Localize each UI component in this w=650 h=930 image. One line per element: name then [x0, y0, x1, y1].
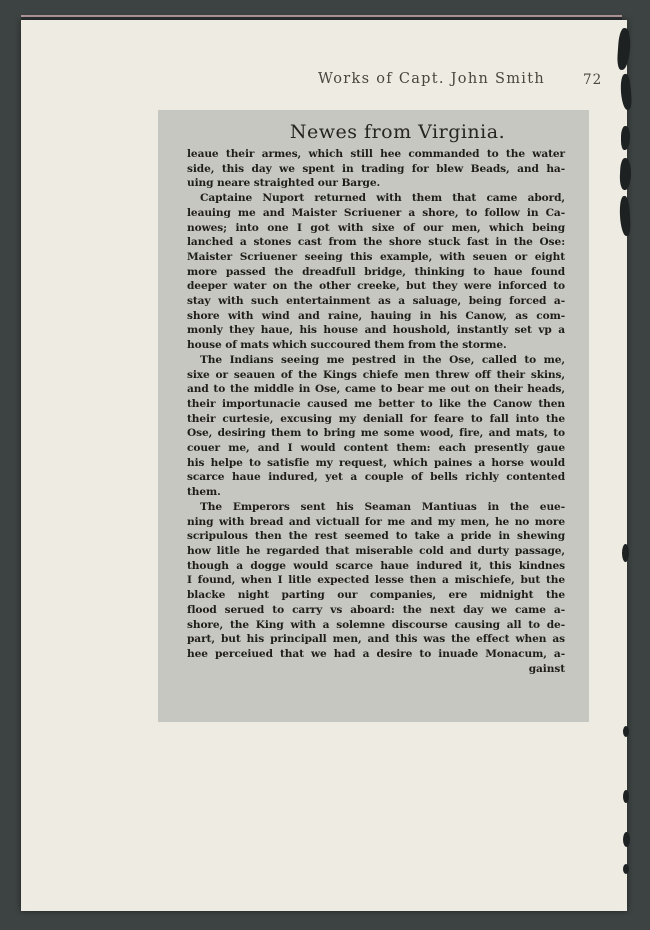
- fore-edge-ink-blot: [623, 790, 629, 803]
- facsimile-line: ning with bread and victuall for me and …: [187, 515, 565, 530]
- facsimile-text-block: leaue their armes, which still hee comma…: [158, 147, 589, 676]
- fore-edge-ink-blot: [623, 726, 629, 737]
- facsimile-line: their importunacie caused me better to l…: [187, 397, 565, 412]
- facsimile-line: his helpe to satisfie my request, which …: [187, 456, 565, 471]
- fore-edge-ink-blot: [619, 158, 632, 191]
- facsimile-title: Newes from Virginia.: [206, 121, 589, 143]
- fore-edge-ink-blot: [623, 864, 629, 874]
- facsimile-panel: Newes from Virginia. leaue their armes, …: [158, 110, 589, 722]
- facsimile-line: I found, when I litle expected lesse the…: [187, 573, 565, 588]
- facsimile-line: how litle he regarded that miserable col…: [187, 544, 565, 559]
- facsimile-line: leauing me and Maister Scriuener a shore…: [187, 206, 565, 221]
- book-scan-viewport: { "header": { "title": "Works of Capt. J…: [0, 0, 650, 930]
- facsimile-line: scarce haue indured, yet a couple of bel…: [187, 470, 565, 485]
- facsimile-line: their curtesie, excusing my deniall for …: [187, 412, 565, 427]
- running-head-title: Works of Capt. John Smith: [318, 71, 545, 87]
- page-number: 72: [583, 72, 602, 88]
- fore-edge-ink-blot: [621, 126, 630, 150]
- fore-edge-ink-blot: [622, 544, 629, 562]
- book-page: Works of Capt. John Smith 72 Newes from …: [21, 20, 627, 911]
- facsimile-line: shore with wind and raine, hauing in his…: [187, 309, 565, 324]
- facsimile-line: them.: [187, 485, 565, 500]
- facsimile-line: monly they haue, his house and houshold,…: [187, 323, 565, 338]
- catchword: gainst: [187, 662, 565, 677]
- facsimile-line: though a dogge would scarce haue indured…: [187, 559, 565, 574]
- facsimile-line: stay with such entertainment as a saluag…: [187, 294, 565, 309]
- facsimile-line: The Indians seeing me pestred in the Ose…: [187, 353, 565, 368]
- facsimile-line: leaue their armes, which still hee comma…: [187, 147, 565, 162]
- facsimile-line: side, this day we spent in trading for b…: [187, 162, 565, 177]
- facsimile-line: more passed the dreadfull bridge, thinki…: [187, 265, 565, 280]
- fore-edge-ink-blot: [617, 28, 632, 71]
- facsimile-line: lanched a stones cast from the shore stu…: [187, 235, 565, 250]
- fore-edge-ink-blot: [619, 74, 632, 111]
- facsimile-line: uing neare straighted our Barge.: [187, 176, 565, 191]
- facsimile-line: and to the middle in Ose, came to bear m…: [187, 382, 565, 397]
- facsimile-line: hee perceiued that we had a desire to in…: [187, 647, 565, 662]
- facsimile-line: Captaine Nuport returned with them that …: [187, 191, 565, 206]
- facsimile-line: flood serued to carry vs aboard: the nex…: [187, 603, 565, 618]
- facsimile-line: Maister Scriuener seeing this example, w…: [187, 250, 565, 265]
- facsimile-line: couer me, and I would content them: each…: [187, 441, 565, 456]
- facsimile-line: nowes; into one I got with sixe of our m…: [187, 221, 565, 236]
- facsimile-line: Ose, desiring them to bring me some wood…: [187, 426, 565, 441]
- facsimile-line: house of mats which succoured them from …: [187, 338, 565, 353]
- facsimile-line: The Emperors sent his Seaman Mantiuas in…: [187, 500, 565, 515]
- facsimile-line: sixe or seauen of the Kings chiefe men t…: [187, 368, 565, 383]
- facsimile-line: scripulous then the rest seemed to take …: [187, 529, 565, 544]
- facsimile-line: deeper water on the other creeke, but th…: [187, 279, 565, 294]
- fore-edge-ink-blot: [619, 196, 631, 236]
- facsimile-line: part, but his principall men, and this w…: [187, 632, 565, 647]
- fore-edge-ink-blot: [623, 832, 630, 847]
- facsimile-line: blacke night parting our companies, ere …: [187, 588, 565, 603]
- facsimile-line: shore, the King with a solemne discourse…: [187, 618, 565, 633]
